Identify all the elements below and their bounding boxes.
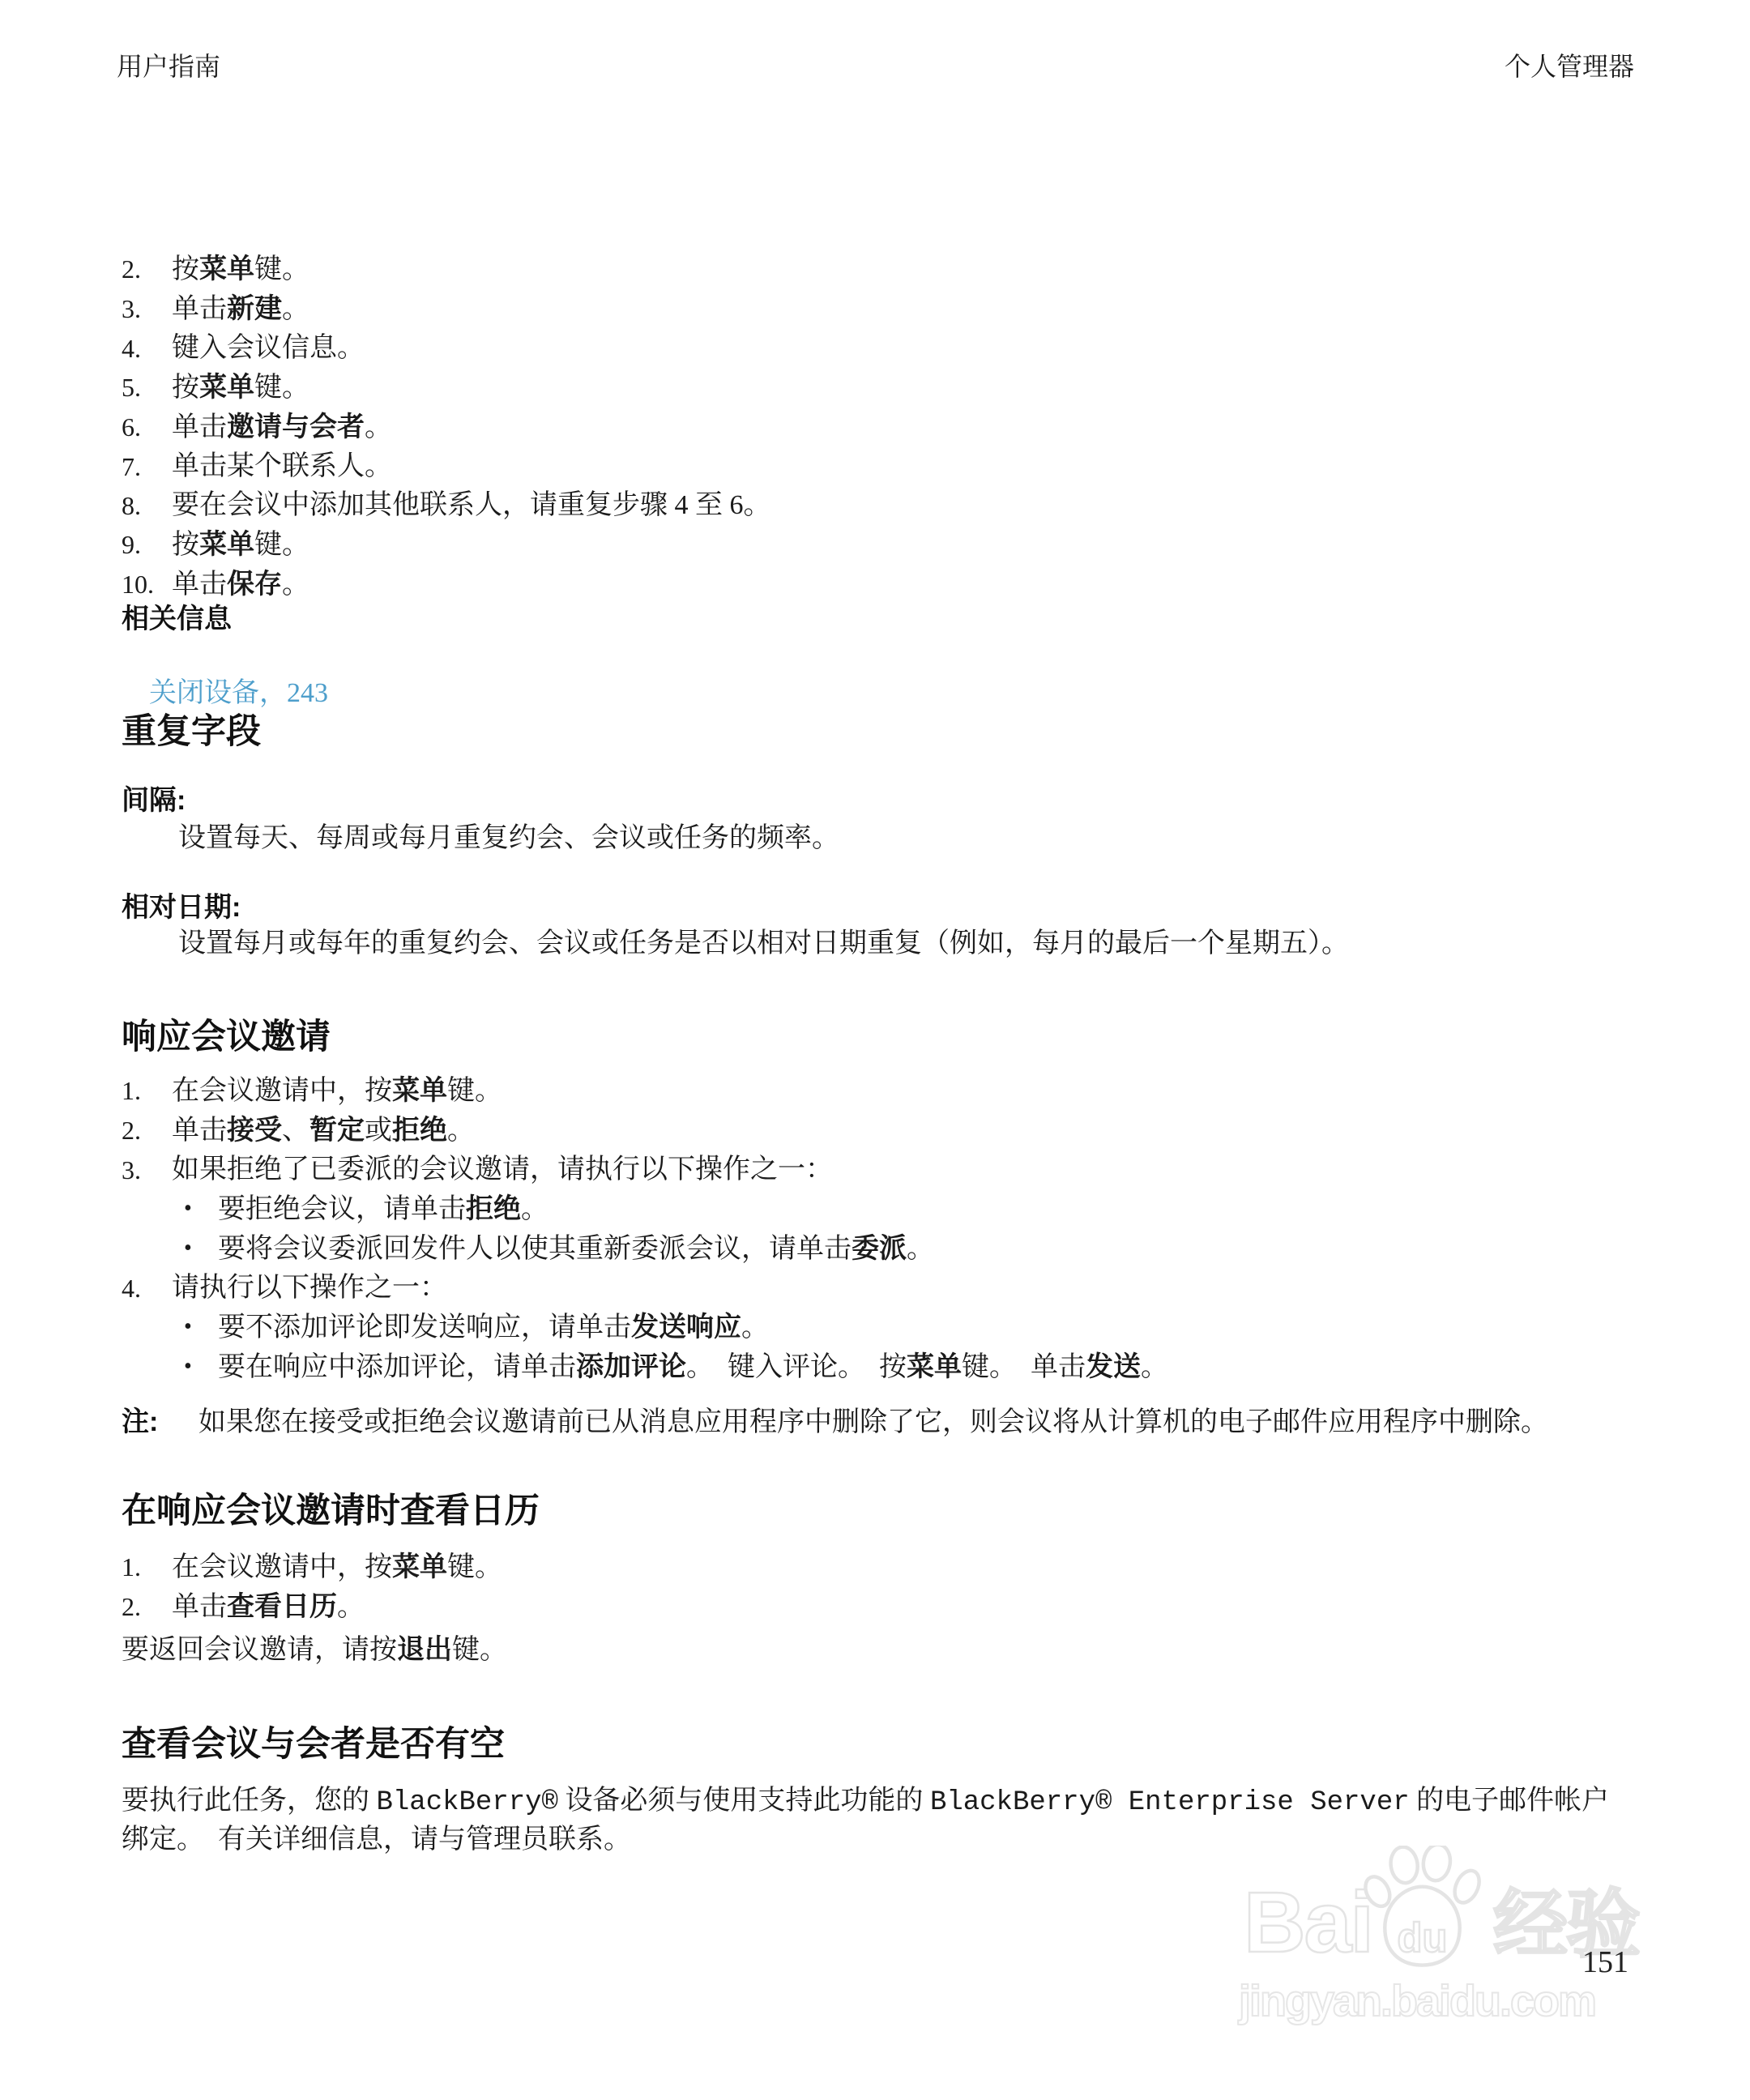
bullet-text: 要拒绝会议，请单击拒绝。 [218,1189,1633,1229]
text-run: 要在响应中添加评论，请单击 [218,1352,576,1382]
note-paragraph: 注: 如果您在接受或拒绝会议邀请前已从消息应用程序中删除了它，则会议将从计算机的… [122,1404,1633,1441]
step-text: 单击新建。 [172,289,1633,329]
text-run: 请执行以下操作之一： [172,1273,447,1303]
view-calendar-footer: 要返回会议邀请，请按退出键。 [122,1632,1633,1668]
text-run: 如果拒绝了已委派的会议邀请，请执行以下操作之一： [172,1155,833,1184]
text-run: 单击 [172,1116,227,1146]
text-run: 。 [1141,1352,1168,1382]
bullet-item: •要将会议委派回发件人以使其重新委派会议，请单击委派。 [184,1229,1633,1269]
text-run: 接受 [227,1115,282,1146]
text-run: 。 键入评论。 按 [686,1352,907,1382]
text-run: 。 [282,570,309,600]
step-item: 2.单击接受、暂定或拒绝。 [122,1111,1633,1150]
text-run: 键。 [254,254,309,284]
text-run: 菜单 [392,1075,447,1106]
bullet-dot: • [184,1308,218,1347]
text-run: 发送 [1086,1351,1141,1382]
step-item: 8.要在会议中添加其他联系人，请重复步骤 4 至 6。 [122,486,1633,525]
text-run: 按 [172,254,199,284]
section-heading-repeat-fields: 重复字段 [122,711,1633,752]
respond-steps-list: 1.在会议邀请中，按菜单键。2.单击接受、暂定或拒绝。3.如果拒绝了已委派的会议… [122,1063,1633,1387]
text-run: 单击 [172,570,227,600]
step-text: 按菜单键。 [172,250,1633,289]
step-item: 2.单击查看日历。 [122,1587,1633,1627]
step-text: 请执行以下操作之一： [172,1269,1633,1308]
text-run: 在会议邀请中，按 [172,1076,392,1106]
page-number: 151 [1582,1946,1628,1978]
section-heading-availability: 查看会议与会者是否有空 [122,1724,1633,1765]
bullet-text: 要将会议委派回发件人以使其重新委派会议，请单击委派。 [218,1229,1633,1269]
step-number: 6. [122,408,172,447]
text-run: 。 [447,1116,475,1146]
step-number: 8. [122,486,172,525]
step-item: 9.按菜单键。 [122,525,1633,565]
bullet-dot: • [184,1347,218,1387]
bullet-text: 要在响应中添加评论，请单击添加评论。 键入评论。 按菜单键。 单击发送。 [218,1347,1633,1387]
step-number: 10. [122,565,172,604]
step-number: 3. [122,1150,172,1189]
step-item: 2.按菜单键。 [122,250,1633,289]
step-text: 单击保存。 [172,565,1633,604]
create-meeting-steps-list: 2.按菜单键。3.单击新建。4.键入会议信息。5.按菜单键。6.单击邀请与会者。… [122,240,1633,604]
text-run: 查看日历 [227,1591,337,1622]
text-run: 单击 [172,294,227,324]
view-calendar-steps-list: 1.在会议邀请中，按菜单键。2.单击查看日历。 [122,1539,1633,1627]
text-run: 拒绝 [392,1115,447,1146]
step-item: 7.单击某个联系人。 [122,447,1633,486]
related-info-heading: 相关信息 [122,601,1633,638]
step-sub-bullets: •要不添加评论即发送响应，请单击发送响应。•要在响应中添加评论，请单击添加评论。… [122,1308,1633,1387]
text-run: 在会议邀请中，按 [172,1552,392,1582]
bullet-item: •要拒绝会议，请单击拒绝。 [184,1189,1633,1229]
step-text: 单击接受、暂定或拒绝。 [172,1111,1633,1150]
step-item: 10.单击保存。 [122,565,1633,604]
text-run: 要在会议中添加其他联系人，请重复步骤 4 至 6。 [172,490,771,520]
bullet-dot: • [184,1229,218,1269]
text-run: 、 [282,1116,309,1146]
step-item: 5.按菜单键。 [122,368,1633,408]
section-heading-view-calendar: 在响应会议邀请时查看日历 [122,1491,1633,1531]
text-run: 退出 [397,1634,452,1665]
text-run: 暂定 [309,1115,365,1146]
text-run: 添加评论 [576,1351,686,1382]
step-text: 单击某个联系人。 [172,447,1633,486]
text-run: 。 [521,1194,548,1224]
text-run: BlackBerry® Enterprise Server [930,1787,1410,1818]
bullet-item: •要不添加评论即发送响应，请单击发送响应。 [184,1308,1633,1347]
step-item: 4.键入会议信息。 [122,329,1633,368]
step-number: 5. [122,368,172,408]
baidu-logo-du-text: du [1398,1914,1448,1961]
step-number: 7. [122,447,172,486]
step-item: 1.在会议邀请中，按菜单键。 [122,1071,1633,1111]
baidu-logo-bai-text: Bai [1244,1880,1372,1966]
step-item: 3.单击新建。 [122,289,1633,329]
text-run: 委派 [852,1233,907,1264]
text-run: 菜单 [199,529,254,560]
text-run: 菜单 [392,1552,447,1582]
header-section-title: 个人管理器 [1505,50,1634,83]
availability-body: 要执行此任务，您的 BlackBerry® 设备必须与使用支持此功能的 Blac… [122,1782,1633,1858]
step-text: 单击邀请与会者。 [172,408,1633,447]
text-run: 单击某个联系人。 [172,451,392,481]
step-text: 按菜单键。 [172,525,1633,565]
note-text: 如果您在接受或拒绝会议邀请前已从消息应用程序中删除了它，则会议将从计算机的电子邮… [198,1404,1633,1441]
text-run: 要拒绝会议，请单击 [218,1194,466,1224]
step-item: 4.请执行以下操作之一：•要不添加评论即发送响应，请单击发送响应。•要在响应中添… [122,1269,1633,1387]
step-number: 1. [122,1071,172,1111]
text-run: 菜单 [907,1351,962,1382]
step-number: 4. [122,329,172,368]
step-number: 3. [122,289,172,329]
text-run: 键。 [447,1552,502,1582]
step-text: 在会议邀请中，按菜单键。 [172,1071,1633,1111]
text-run: 菜单 [199,254,254,284]
text-run: 菜单 [199,372,254,403]
text-run: 键。 [254,530,309,560]
bullet-item: •要在响应中添加评论，请单击添加评论。 键入评论。 按菜单键。 单击发送。 [184,1347,1633,1387]
text-run: 设备必须与使用支持此功能的 [558,1786,930,1816]
text-run: BlackBerry® [377,1787,558,1818]
term-interval: 间隔: [122,783,1633,819]
text-run: 要执行此任务，您的 [122,1786,377,1816]
step-number: 9. [122,525,172,565]
step-item: 3.如果拒绝了已委派的会议邀请，请执行以下操作之一：•要拒绝会议，请单击拒绝。•… [122,1150,1633,1269]
section-heading-respond-invitation: 响应会议邀请 [122,1017,1633,1057]
step-text: 如果拒绝了已委派的会议邀请，请执行以下操作之一： [172,1150,1633,1189]
text-run: 。 [365,412,392,442]
step-number: 1. [122,1547,172,1587]
note-label: 注: [122,1404,198,1441]
text-run: 。 [282,294,309,324]
text-run: 邀请与会者 [227,412,365,442]
bullet-text: 要不添加评论即发送响应，请单击发送响应。 [218,1308,1633,1347]
related-link[interactable]: 关闭设备，243 [149,678,328,708]
text-run: 拒绝 [466,1193,521,1224]
text-run: 发送响应 [631,1312,741,1342]
text-run: 。 [741,1312,769,1342]
text-run: 保存 [227,569,282,600]
text-run: 单击 [172,412,227,442]
text-run: 按 [172,530,199,560]
step-number: 2. [122,1111,172,1150]
text-run: 。 [337,1592,365,1622]
text-run: 键入会议信息。 [172,333,365,363]
text-run: 。 [907,1234,934,1264]
text-run: 键。 [452,1635,507,1665]
page-header: 用户指南 个人管理器 [117,50,1634,83]
step-number: 2. [122,1587,172,1627]
text-run: 单击 [172,1592,227,1622]
step-number: 2. [122,250,172,289]
text-run: 要不添加评论即发送响应，请单击 [218,1312,631,1342]
term-relative-date-desc: 设置每月或每年的重复约会、会议或任务是否以相对日期重复（例如，每月的最后一个星期… [122,925,1633,962]
bullet-dot: • [184,1189,218,1229]
text-run: 新建 [227,293,282,324]
step-text: 单击查看日历。 [172,1587,1633,1627]
text-run: 按 [172,373,199,403]
text-run: 键。 [254,373,309,403]
baidu-watermark-url: jingyan.baidu.com [1239,1979,1595,2023]
step-item: 6.单击邀请与会者。 [122,408,1633,447]
text-run: 键。 [447,1076,502,1106]
baidu-paw-icon: du [1355,1846,1489,1971]
text-run: 要将会议委派回发件人以使其重新委派会议，请单击 [218,1234,852,1264]
step-text: 键入会议信息。 [172,329,1633,368]
step-text: 要在会议中添加其他联系人，请重复步骤 4 至 6。 [172,486,1633,525]
step-item: 1.在会议邀请中，按菜单键。 [122,1547,1633,1587]
header-doc-title: 用户指南 [117,50,220,83]
step-sub-bullets: •要拒绝会议，请单击拒绝。•要将会议委派回发件人以使其重新委派会议，请单击委派。 [122,1189,1633,1269]
step-number: 4. [122,1269,172,1308]
term-relative-date: 相对日期: [122,890,1633,926]
text-run: 或 [365,1116,392,1146]
term-interval-desc: 设置每天、每周或每月重复约会、会议或任务的频率。 [122,820,1633,856]
step-text: 按菜单键。 [172,368,1633,408]
text-run: 要返回会议邀请，请按 [122,1635,397,1665]
step-text: 在会议邀请中，按菜单键。 [172,1547,1633,1587]
text-run: 键。 单击 [962,1352,1086,1382]
